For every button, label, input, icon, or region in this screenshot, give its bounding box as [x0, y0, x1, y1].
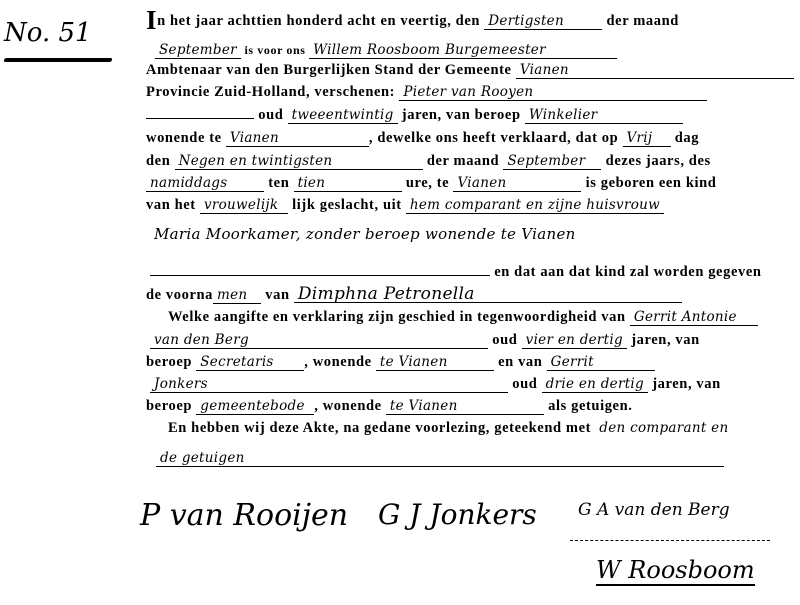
handwritten-birth-day: Negen en twintigsten — [175, 153, 423, 170]
printed-text: als getuigen. — [544, 398, 633, 414]
signature-registrar: W Roosboom — [596, 556, 755, 586]
printed-text: wonende te — [146, 130, 226, 146]
text-line-14: van den Berg oud vier en dertig jaren, v… — [150, 330, 700, 350]
number-underline — [3, 58, 112, 62]
handwritten-witness-1-age: vier en dertig — [522, 332, 627, 349]
text-line-18: En hebben wij deze Akte, na gedane voorl… — [168, 418, 753, 438]
printed-text: En hebben wij deze Akte, na gedane voorl… — [168, 420, 595, 436]
certificate-number: No. 51 — [4, 18, 92, 48]
text-line-12: de voornamen van Dimphna Petronella — [146, 285, 682, 305]
text-line-10: Maria Moorkamer, zonder beroep wonende t… — [150, 225, 738, 245]
handwritten-witness-2-residence: te Vianen — [386, 398, 544, 415]
printed-text: beroep — [146, 354, 196, 370]
signature-witness-1: G A van den Berg — [578, 500, 730, 520]
printed-text: van — [261, 287, 294, 303]
printed-text: , wonende — [304, 354, 376, 370]
printed-text: en dat aan dat kind zal worden gegeven — [490, 264, 762, 280]
blank-fill — [150, 267, 490, 276]
text-line-1: In het jaar achttien honderd acht en vee… — [146, 10, 679, 30]
text-line-11: en dat aan dat kind zal worden gegeven — [150, 262, 762, 282]
printed-text: is geboren een kind — [581, 175, 716, 191]
handwritten-witness-2-age: drie en dertig — [542, 376, 648, 393]
printed-text: Ambtenaar van den Burgerlijken Stand der… — [146, 62, 516, 78]
printed-text: der maand — [602, 13, 679, 29]
handwritten-profession: Winkelier — [525, 107, 683, 124]
handwritten-declarant: Pieter van Rooyen — [399, 84, 707, 101]
handwritten-witness-2-surname: Jonkers — [150, 376, 508, 393]
printed-text: dag — [671, 130, 700, 146]
printed-text: Provincie Zuid-Holland, verschenen: — [146, 84, 399, 100]
printed-text: ure, te — [402, 175, 454, 191]
handwritten-municipality: Vianen — [516, 62, 794, 79]
text-line-6: wonende te Vianen, dewelke ons heeft ver… — [146, 128, 699, 148]
handwritten-time-of-day: namiddags — [146, 175, 264, 192]
printed-text: lijk geslacht, uit — [288, 197, 406, 213]
printed-text: oud — [508, 376, 542, 392]
printed-text: is voor ons — [241, 43, 309, 57]
handwritten-child-name: Dimphna Petronella — [294, 286, 682, 303]
printed-text: , dewelke ons heeft verklaard, dat op — [369, 130, 623, 146]
handwritten-birth-month: September — [503, 153, 601, 170]
printed-text: jaren, van — [627, 332, 700, 348]
printed-text: van het — [146, 197, 200, 213]
printed-text: oud — [488, 332, 522, 348]
handwritten-witness-1-surname: van den Berg — [150, 332, 488, 349]
drop-cap: I — [146, 5, 157, 35]
printed-text: oud — [254, 107, 288, 123]
text-line-13: Welke aangifte en verklaring zijn geschi… — [168, 307, 758, 327]
handwritten-signers: den comparant en — [595, 420, 753, 436]
handwritten-birthplace: Vianen — [453, 175, 581, 192]
handwritten-official: Willem Roosboom Burgemeester — [309, 42, 617, 59]
handwritten-day: Dertigsten — [484, 13, 602, 30]
handwritten-witness-2-profession: gemeentebode — [196, 398, 314, 415]
printed-text: de voorna — [146, 287, 213, 303]
printed-text: ten — [264, 175, 294, 191]
text-line-19: de getuigen — [156, 448, 724, 468]
handwritten-witness-1-profession: Secretaris — [196, 354, 304, 371]
printed-text: jaren, van — [648, 376, 721, 392]
printed-text: , wonende — [314, 398, 386, 414]
printed-text: jaren, van beroep — [398, 107, 525, 123]
blank-fill — [146, 110, 254, 119]
handwritten-witness-1-residence: te Vianen — [376, 354, 494, 371]
handwritten-witness-2: Gerrit — [547, 354, 655, 371]
handwritten-age: tweeentwintig — [288, 107, 398, 124]
text-line-3: Ambtenaar van den Burgerlijken Stand der… — [146, 60, 794, 80]
printed-text: dezes jaars, des — [601, 153, 710, 169]
text-line-8: namiddags ten tien ure, te Vianen is geb… — [146, 173, 716, 193]
text-line-16: Jonkers oud drie en dertig jaren, van — [150, 374, 721, 394]
signature-witness-2: G J Jonkers — [378, 498, 537, 531]
text-line-2: September is voor ons Willem Roosboom Bu… — [155, 40, 617, 60]
handwritten-witness-1: Gerrit Antonie — [630, 309, 758, 326]
handwritten-signers-cont: de getuigen — [156, 450, 724, 467]
printed-text: der maand — [423, 153, 504, 169]
text-line-15: beroep Secretaris, wonende te Vianen en … — [146, 352, 655, 372]
printed-text: den — [146, 153, 175, 169]
handwritten-hour: tien — [294, 175, 402, 192]
handwritten-mother: Maria Moorkamer, zonder beroep wonende t… — [150, 226, 738, 242]
handwritten-residence: Vianen — [226, 130, 369, 147]
text-line-4: Provincie Zuid-Holland, verschenen: Piet… — [146, 82, 707, 102]
signature-declarant: P van Rooijen — [140, 498, 348, 533]
handwritten-suffix: men — [213, 287, 261, 304]
text-line-5: oud tweeentwintig jaren, van beroep Wink… — [146, 105, 683, 125]
handwritten-weekday: Vrij — [623, 130, 671, 147]
handwritten-sex: vrouwelijk — [200, 197, 288, 214]
signature-separator — [570, 540, 770, 541]
printed-text: en van — [494, 354, 547, 370]
printed-text: Welke aangifte en verklaring zijn geschi… — [168, 309, 630, 325]
printed-text: beroep — [146, 398, 196, 414]
printed-text: n het jaar achttien honderd acht en veer… — [157, 13, 484, 29]
text-line-17: beroep gemeentebode, wonende te Vianen a… — [146, 396, 632, 416]
text-line-9: van het vrouwelijk lijk geslacht, uit he… — [146, 195, 664, 215]
handwritten-parents: hem comparant en zijne huisvrouw — [406, 197, 664, 214]
text-line-7: den Negen en twintigsten der maand Septe… — [146, 151, 711, 171]
handwritten-month: September — [155, 42, 241, 59]
